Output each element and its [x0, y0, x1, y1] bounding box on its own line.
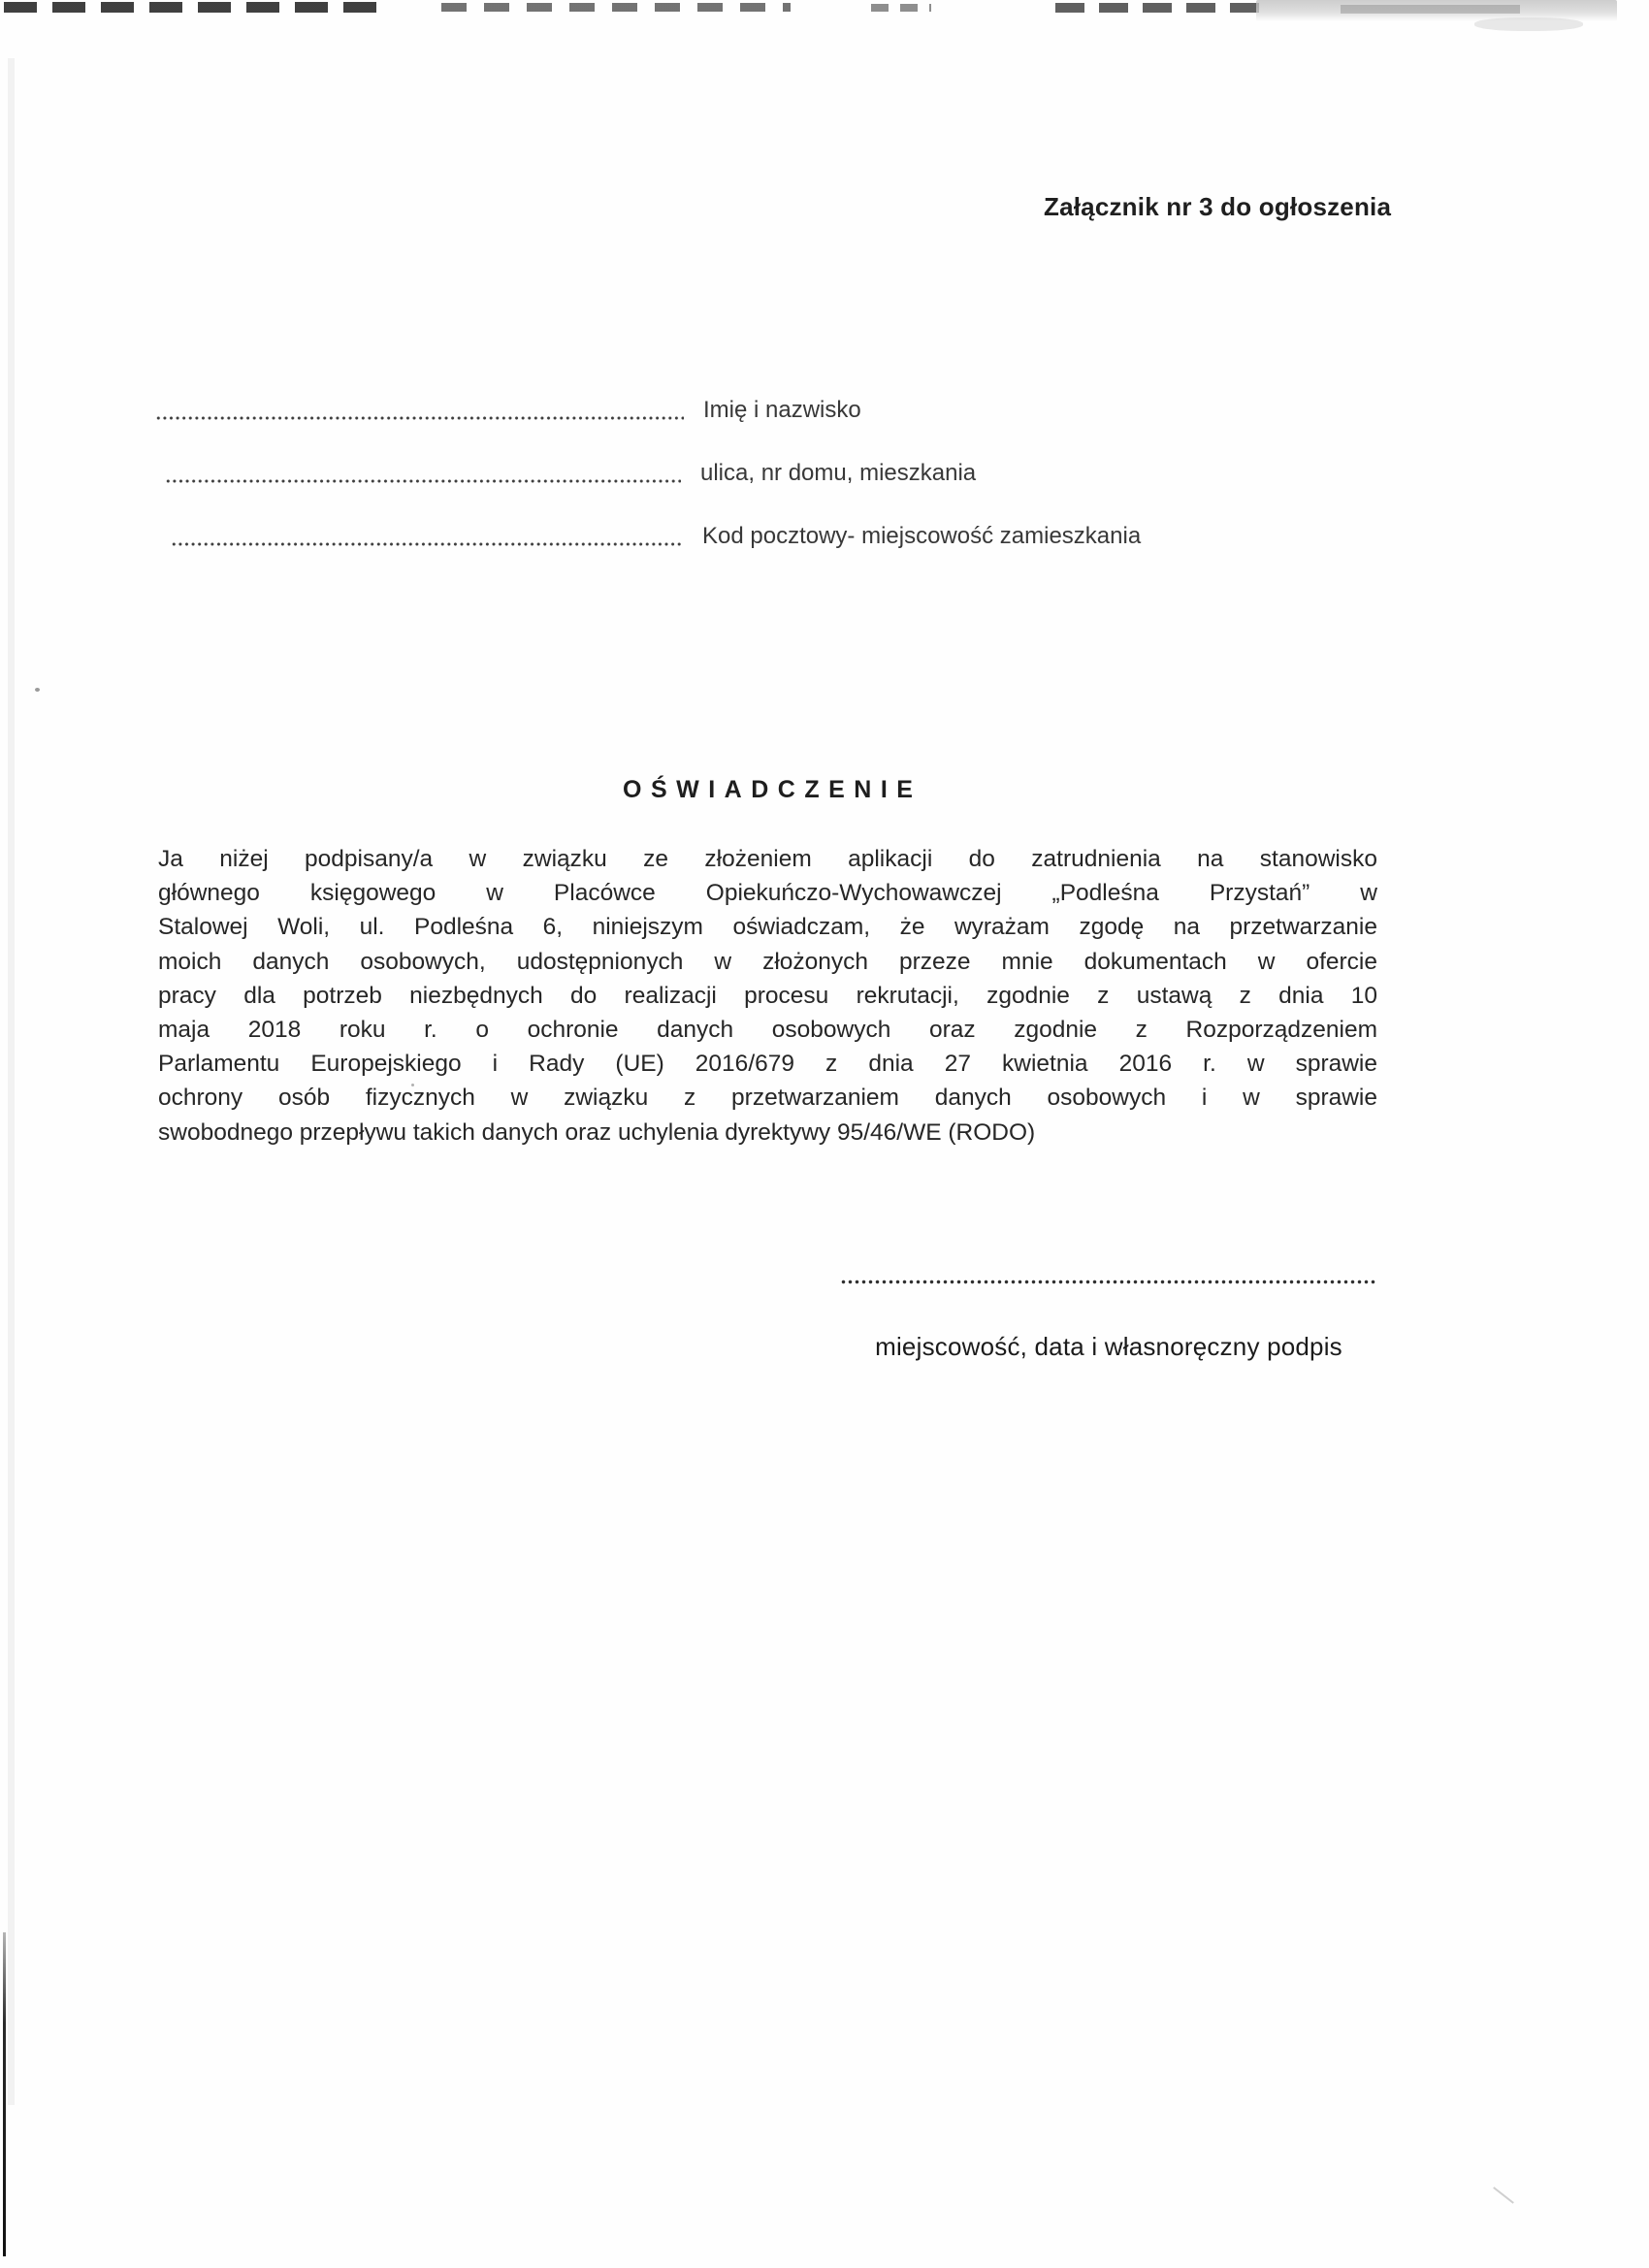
declaration-line: swobodnego przepływu takich danych oraz … [158, 1116, 1377, 1150]
declaration-title: OŚWIADCZENIE [158, 776, 1377, 804]
scan-artifact-top-right-smudge-dark [1341, 5, 1520, 14]
declaration-line: moich danych osobowych, udostępnionych w… [158, 945, 1377, 979]
signature-dotted-line [840, 1279, 1377, 1285]
form-field-label: Imię i nazwisko [703, 396, 861, 425]
declaration-line: Stalowej Woli, ul. Podleśna 6, niniejszy… [158, 910, 1377, 944]
dotted-fill-line [165, 478, 681, 484]
declaration-line: Ja niżej podpisany/a w związku ze złożen… [158, 842, 1377, 876]
scan-artifact-top-dashes-3 [871, 4, 931, 12]
declaration-line: ochrony osób fizycznych w związku z prze… [158, 1081, 1377, 1115]
declaration-line: maja 2018 roku r. o ochronie danych osob… [158, 1013, 1377, 1047]
signature-block: miejscowość, data i własnoręczny podpis [840, 1279, 1377, 1362]
scan-artifact-top-right-smudge-tail [1474, 17, 1583, 31]
declaration-body: Ja niżej podpisany/a w związku ze złożen… [158, 842, 1377, 1150]
declaration-line: pracy dla potrzeb niezbędnych do realiza… [158, 979, 1377, 1013]
declaration-line: głównego księgowego w Placówce Opiekuńcz… [158, 876, 1377, 910]
scanned-document-page: Załącznik nr 3 do ogłoszenia Imię i nazw… [0, 0, 1649, 2268]
scan-artifact-speck [35, 688, 40, 692]
scan-artifact-top-dashes-4 [1055, 3, 1259, 13]
signature-caption: miejscowość, data i własnoręczny podpis [840, 1332, 1377, 1362]
dotted-fill-line [171, 541, 683, 547]
scan-artifact-top-right-smudge [1256, 0, 1617, 21]
scan-artifact-top-dashes-1 [4, 2, 392, 13]
scan-artifact-left-line [3, 1932, 6, 2256]
scan-artifact-scratch [1493, 2187, 1514, 2204]
form-field-label: Kod pocztowy- miejscowość zamieszkania [702, 522, 1141, 551]
scan-artifact-left-band [8, 58, 15, 2105]
form-field-row-name: Imię i nazwisko [155, 394, 861, 425]
form-field-row-postal-city: Kod pocztowy- miejscowość zamieszkania [171, 520, 1141, 551]
form-field-label: ulica, nr domu, mieszkania [700, 459, 976, 488]
declaration-line: Parlamentu Europejskiego i Rady (UE) 201… [158, 1047, 1377, 1081]
attachment-note: Załącznik nr 3 do ogłoszenia [1044, 192, 1391, 222]
scan-artifact-top-dashes-2 [441, 3, 791, 12]
dotted-fill-line [155, 415, 684, 421]
form-field-row-street: ulica, nr domu, mieszkania [165, 457, 976, 488]
